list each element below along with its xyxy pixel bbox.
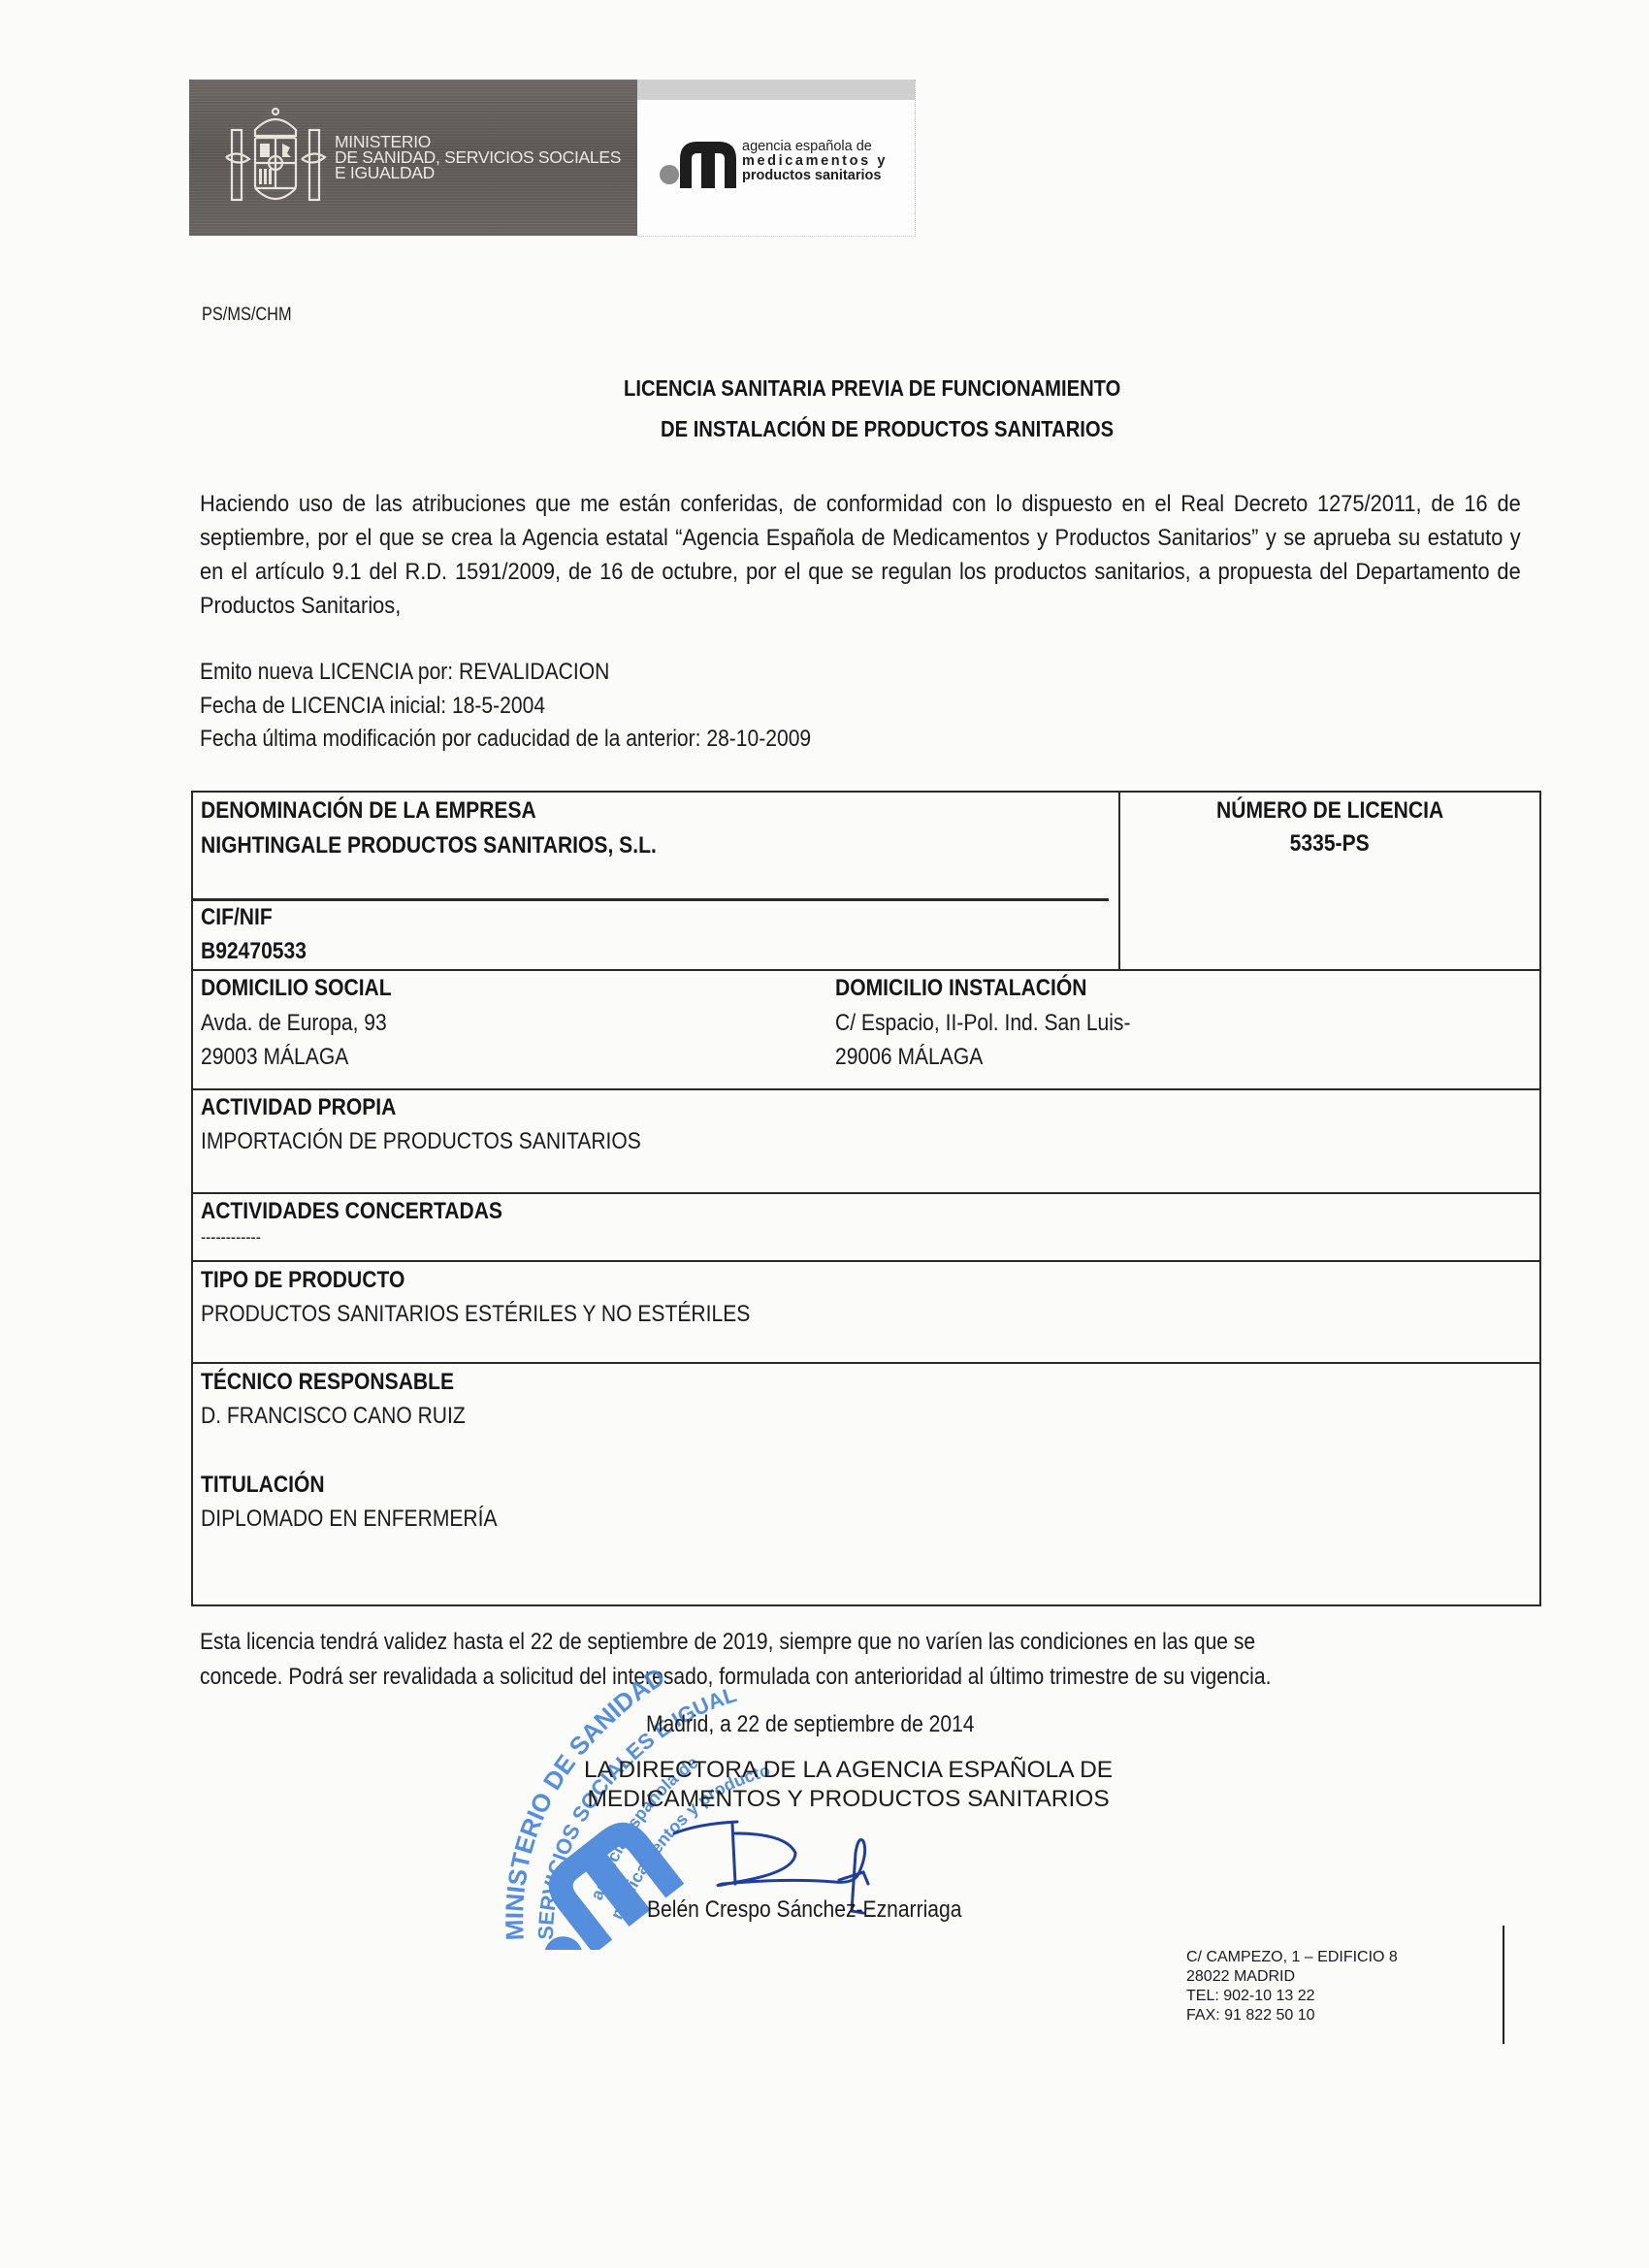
intro-paragraph: Haciendo uso de las atribuciones que me … bbox=[200, 487, 1521, 623]
letterhead-strip bbox=[637, 80, 915, 100]
row-divider-tipo bbox=[191, 1260, 1541, 1262]
technical-manager-label: TÉCNICO RESPONSABLE bbox=[201, 1369, 454, 1396]
ministry-line-3: E IGUALDAD bbox=[335, 165, 621, 180]
installation-address-line-2: 29006 MÁLAGA bbox=[835, 1044, 983, 1071]
product-type-label: TIPO DE PRODUCTO bbox=[201, 1267, 404, 1294]
license-number-label-text: NÚMERO DE LICENCIA bbox=[1216, 797, 1443, 825]
agency-letterhead: agencia española de medicamentos y produ… bbox=[637, 80, 916, 237]
table-border-right bbox=[1539, 791, 1541, 1606]
technical-manager-value: D. FRANCISCO CANO RUIZ bbox=[201, 1403, 466, 1430]
registered-address-label: DOMICILIO SOCIAL bbox=[201, 975, 392, 1002]
signer-title: LA DIRECTORA DE LA AGENCIA ESPAÑOLA DE M… bbox=[584, 1756, 1113, 1814]
last-modification-date: Fecha última modificación por caducidad … bbox=[200, 726, 811, 753]
license-number-value: 5335-PS bbox=[1118, 830, 1541, 858]
document-title-line-2: DE INSTALACIÓN DE PRODUCTOS SANITARIOS bbox=[661, 416, 1114, 442]
product-type-value: PRODUCTOS SANITARIOS ESTÉRILES Y NO ESTÉ… bbox=[201, 1301, 750, 1328]
registered-address-line-1: Avda. de Europa, 93 bbox=[201, 1010, 387, 1037]
signer-title-line-1: LA DIRECTORA DE LA AGENCIA ESPAÑOLA DE bbox=[584, 1756, 1113, 1785]
qualification-label: TITULACIÓN bbox=[201, 1472, 325, 1499]
initial-license-date: Fecha de LICENCIA inicial: 18-5-2004 bbox=[200, 693, 545, 720]
agency-line-1: agencia española de bbox=[742, 140, 888, 154]
row-divider-concertadas bbox=[191, 1192, 1541, 1194]
address-line-1: C/ CAMPEZO, 1 – EDIFICIO 8 bbox=[1186, 1948, 1398, 1967]
row-divider-actividad bbox=[191, 1088, 1541, 1090]
phone-line: TEL: 902-10 13 22 bbox=[1186, 1987, 1398, 2006]
fax-line: FAX: 91 822 50 10 bbox=[1186, 2006, 1398, 2025]
table-border-left bbox=[191, 791, 193, 1606]
license-number-value-text: 5335-PS bbox=[1290, 830, 1370, 858]
cif-divider bbox=[193, 898, 1109, 901]
table-border-bottom bbox=[191, 1604, 1541, 1606]
ministry-name: MINISTERIO DE SANIDAD, SERVICIOS SOCIALE… bbox=[335, 134, 621, 180]
agency-line-3: productos sanitarios bbox=[742, 169, 888, 183]
reference-code: PS/MS/CHM bbox=[202, 305, 292, 326]
agency-name: agencia española de medicamentos y produ… bbox=[742, 140, 888, 183]
row-divider-domicilio bbox=[191, 969, 1541, 971]
qualification-value: DIPLOMADO EN ENFERMERÍA bbox=[201, 1506, 498, 1533]
contracted-activities-value: ------------ bbox=[201, 1227, 261, 1247]
installation-address-label: DOMICILIO INSTALACIÓN bbox=[835, 975, 1086, 1002]
company-name-label: DENOMINACIÓN DE LA EMPRESA bbox=[201, 797, 536, 825]
company-name-value: NIGHTINGALE PRODUCTOS SANITARIOS, S.L. bbox=[201, 832, 657, 859]
contracted-activities-label: ACTIVIDADES CONCERTADAS bbox=[201, 1198, 502, 1225]
installation-address-line-1: C/ Espacio, II-Pol. Ind. San Luis- bbox=[835, 1010, 1130, 1037]
place-and-date: Madrid, a 22 de septiembre de 2014 bbox=[646, 1711, 975, 1738]
license-number-label: NÚMERO DE LICENCIA bbox=[1118, 797, 1541, 825]
cif-label: CIF/NIF bbox=[201, 904, 273, 931]
own-activity-label: ACTIVIDAD PROPIA bbox=[201, 1094, 396, 1121]
address-line-2: 28022 MADRID bbox=[1186, 1967, 1398, 1987]
spain-coat-of-arms-icon bbox=[218, 101, 333, 215]
agency-line-2: medicamentos y bbox=[742, 154, 888, 169]
signer-title-line-2: MEDICAMENTOS Y PRODUCTOS SANITARIOS bbox=[584, 1785, 1113, 1814]
cif-value: B92470533 bbox=[201, 938, 307, 965]
ministry-line-2: DE SANIDAD, SERVICIOS SOCIALES bbox=[335, 149, 621, 165]
ministry-line-1: MINISTERIO bbox=[335, 134, 621, 149]
issue-reason: Emito nueva LICENCIA por: REVALIDACION bbox=[200, 659, 609, 686]
document-title-line-1: LICENCIA SANITARIA PREVIA DE FUNCIONAMIE… bbox=[624, 375, 1120, 402]
ministry-letterhead: MINISTERIO DE SANIDAD, SERVICIOS SOCIALE… bbox=[189, 80, 637, 236]
agency-address: C/ CAMPEZO, 1 – EDIFICIO 8 28022 MADRID … bbox=[1186, 1948, 1398, 2025]
table-border-top bbox=[191, 791, 1541, 793]
address-divider bbox=[1503, 1926, 1504, 2044]
registered-address-line-2: 29003 MÁLAGA bbox=[201, 1044, 348, 1071]
signer-name: Belén Crespo Sánchez-Eznarriaga bbox=[647, 1896, 961, 1924]
aemps-am-logo-icon bbox=[659, 138, 748, 188]
own-activity-value: IMPORTACIÓN DE PRODUCTOS SANITARIOS bbox=[201, 1128, 641, 1155]
row-divider-tecnico bbox=[191, 1362, 1541, 1364]
